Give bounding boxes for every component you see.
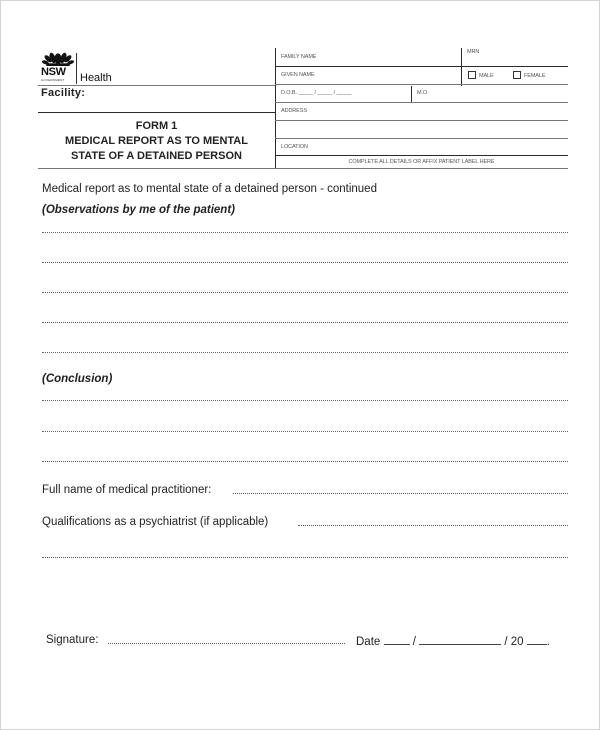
divider: [461, 48, 462, 86]
mrn-field[interactable]: MRN: [467, 49, 479, 55]
logo-nsw-text: NSW: [41, 66, 66, 78]
qualifications-field-continued[interactable]: [42, 557, 568, 558]
dob-field[interactable]: D.O.B. _____ / _____ / _____: [281, 90, 351, 96]
address-field[interactable]: ADDRESS: [281, 108, 307, 114]
form-number: FORM 1: [38, 119, 275, 134]
logo-government-text: GOVERNMENT: [41, 78, 65, 82]
divider: [275, 120, 568, 121]
conclusion-line-field[interactable]: [42, 431, 568, 432]
divider: [411, 86, 412, 103]
date-day-field[interactable]: [384, 634, 410, 645]
qualifications-label: Qualifications as a psychiatrist (if app…: [42, 516, 268, 528]
facility-label: Facility:: [41, 87, 85, 99]
logo-health-text: Health: [80, 72, 112, 84]
observation-line-field[interactable]: [42, 352, 568, 353]
form-title: FORM 1 MEDICAL REPORT AS TO MENTAL STATE…: [38, 119, 275, 164]
divider: [38, 112, 275, 113]
conclusion-line-field[interactable]: [42, 461, 568, 462]
divider: [275, 102, 568, 103]
signature-label: Signature:: [46, 634, 98, 646]
divider: [38, 85, 275, 86]
male-checkbox[interactable]: [468, 71, 476, 79]
observation-line-field[interactable]: [42, 262, 568, 263]
location-field[interactable]: LOCATION: [281, 144, 308, 150]
waratah-flower-icon: [41, 48, 75, 66]
practitioner-name-label: Full name of medical practitioner:: [42, 484, 211, 496]
practitioner-name-field[interactable]: [233, 493, 568, 494]
date-period: .: [547, 636, 550, 648]
observations-heading: (Observations by me of the patient): [42, 204, 235, 216]
form-title-line-1: MEDICAL REPORT AS TO MENTAL: [38, 134, 275, 149]
intro-text: Medical report as to mental state of a d…: [42, 183, 377, 195]
given-name-field[interactable]: GIVEN NAME: [281, 72, 315, 78]
signature-field[interactable]: [108, 643, 345, 644]
header-bottom-divider: [38, 168, 568, 169]
divider: [275, 155, 568, 156]
qualifications-field[interactable]: [298, 525, 568, 526]
form-page: NSW GOVERNMENT Health Facility: FORM 1 M…: [0, 0, 600, 730]
observation-line-field[interactable]: [42, 322, 568, 323]
date-year-field[interactable]: [527, 634, 547, 645]
form-title-line-2: STATE OF A DETAINED PERSON: [38, 149, 275, 164]
date-century: / 20: [504, 636, 523, 648]
observation-line-field[interactable]: [42, 232, 568, 233]
logo-divider: [76, 53, 77, 84]
female-checkbox[interactable]: [513, 71, 521, 79]
conclusion-line-field[interactable]: [42, 400, 568, 401]
divider: [275, 138, 568, 139]
date-separator: /: [413, 636, 416, 648]
conclusion-heading: (Conclusion): [42, 373, 112, 385]
divider: [275, 84, 568, 85]
date-month-field[interactable]: [419, 634, 501, 645]
divider: [275, 66, 568, 67]
male-label: MALE: [479, 73, 494, 79]
patient-label-instruction: COMPLETE ALL DETAILS OR AFFIX PATIENT LA…: [275, 159, 568, 165]
date-group: Date / / 20 .: [356, 634, 550, 648]
female-label: FEMALE: [524, 73, 545, 79]
mo-field[interactable]: M.O.: [417, 90, 429, 96]
date-label: Date: [356, 636, 380, 648]
family-name-field[interactable]: FAMILY NAME: [281, 54, 316, 60]
observation-line-field[interactable]: [42, 292, 568, 293]
